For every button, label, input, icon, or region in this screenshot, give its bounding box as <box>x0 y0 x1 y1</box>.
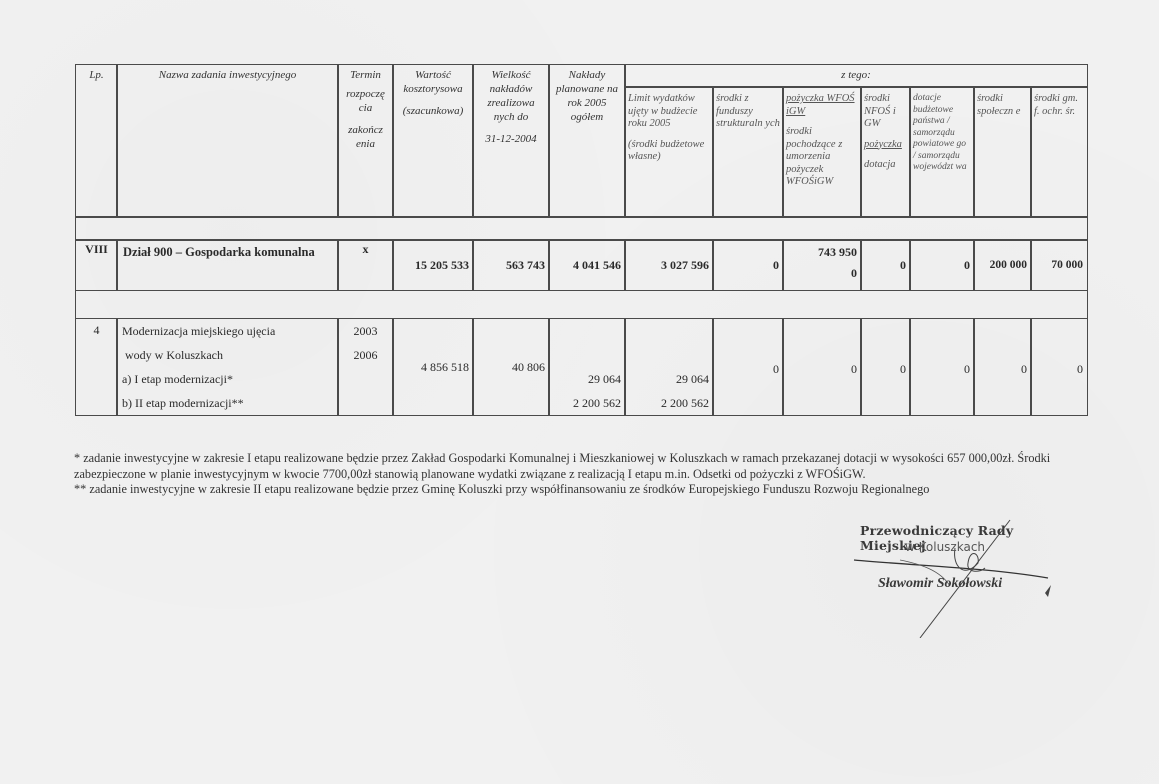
header-of-which-text: z tego: <box>841 69 871 81</box>
task-name-line-2: wody w Koluszkach <box>122 343 333 367</box>
section-realized: 563 743 <box>472 239 550 291</box>
footnote-2: ** zadanie inwestycyjne w zakresie II et… <box>74 482 1104 498</box>
task-term-start: 2003 <box>338 319 393 343</box>
header-planned-title: Nakłady planowane na rok 2005 ogółem <box>553 68 621 124</box>
task-limit: 29 064 2 200 562 <box>624 318 714 416</box>
header-of-which: z tego: <box>624 64 1088 88</box>
task-stage-2: b) II etap modernizacji** <box>122 391 333 415</box>
header-realized-date: 31-12-2004 <box>477 132 545 146</box>
stamp-city: w Koluszkach <box>905 540 985 554</box>
spacer-row-2 <box>75 290 1088 319</box>
task-wfos: 0 <box>782 318 862 416</box>
header-term: Termin rozpoczę cia zakończ enia <box>337 64 394 218</box>
header-term-start: rozpoczę cia <box>342 87 389 115</box>
section-nfos: 0 <box>860 239 911 291</box>
header-nfos-grant: dotacja <box>864 159 907 172</box>
header-social-text: środki społeczn e <box>977 93 1028 118</box>
header-nfos-loan: pożyczka <box>864 139 907 152</box>
header-name-text: Nazwa zadania inwestycyjnego <box>159 69 297 81</box>
header-state-grants: dotacje budżetowe państwa / samorządu po… <box>909 86 975 218</box>
task-name-line-1: Modernizacja miejskiego ujęcia <box>122 319 333 343</box>
task-limit-stage-1: 29 064 <box>629 367 709 391</box>
section-wfos-remission: 0 <box>787 263 857 284</box>
task-state: 0 <box>909 318 975 416</box>
header-limit-title: Limit wydatków ujęty w budżecie roku 200… <box>628 93 710 131</box>
task-estimated-value: 4 856 518 <box>392 318 474 416</box>
header-wfos-loan: pożyczka WFOŚ iGW <box>786 93 858 118</box>
task-limit-stage-2: 2 200 562 <box>629 391 709 415</box>
section-name: Dział 900 – Gospodarka komunalna <box>116 239 339 291</box>
header-planned: Nakłady planowane na rok 2005 ogółem <box>548 64 626 218</box>
task-structural: 0 <box>712 318 784 416</box>
section-social: 200 000 <box>973 239 1032 291</box>
task-social: 0 <box>973 318 1032 416</box>
footnote-1: * zadanie inwestycyjne w zakresie I etap… <box>74 451 1104 482</box>
header-state-text: dotacje budżetowe państwa / samorządu po… <box>913 93 971 174</box>
section-structural: 0 <box>712 239 784 291</box>
header-wfos-remission: środki pochodzące z umorzenia pożyczek W… <box>786 126 858 189</box>
footnotes: * zadanie inwestycyjne w zakresie I etap… <box>74 451 1104 498</box>
section-term: x <box>337 239 394 291</box>
header-lp-text: Lp. <box>89 69 103 81</box>
spacer-row <box>75 216 1088 241</box>
header-limit-note: (środki budżetowe własne) <box>628 139 710 164</box>
header-estimated-title: Wartość kosztorysowa <box>397 68 469 96</box>
header-nfos-title: środki NFOŚ i GW <box>864 93 907 131</box>
header-wfos: pożyczka WFOŚ iGW środki pochodzące z um… <box>782 86 862 218</box>
task-planned-stage-1: 29 064 <box>553 367 621 391</box>
task-planned: 29 064 2 200 562 <box>548 318 626 416</box>
section-limit: 3 027 596 <box>624 239 714 291</box>
header-structural-text: środki z funduszy strukturaln ych <box>716 93 780 131</box>
task-name: Modernizacja miejskiego ujęcia wody w Ko… <box>116 318 339 416</box>
header-lp: Lp. <box>75 64 118 218</box>
task-planned-stage-2: 2 200 562 <box>553 391 621 415</box>
task-term-end: 2006 <box>338 343 393 367</box>
header-nfos: środki NFOŚ i GW pożyczka dotacja <box>860 86 911 218</box>
header-env-text: środki gm. f. ochr. śr. <box>1034 93 1084 118</box>
task-env: 0 <box>1030 318 1088 416</box>
header-social: środki społeczn e <box>973 86 1032 218</box>
section-lp: VIII <box>75 239 118 291</box>
header-limit: Limit wydatków ujęty w budżecie roku 200… <box>624 86 714 218</box>
section-estimated-value: 15 205 533 <box>392 239 474 291</box>
signature-stamp: Przewodniczący Rady Miejskiej w Koluszka… <box>840 518 1070 638</box>
header-estimated-value: Wartość kosztorysowa (szacunkowa) <box>392 64 474 218</box>
header-realized-title: Wielkość nakładów zrealizowa nych do <box>477 68 545 124</box>
section-state: 0 <box>909 239 975 291</box>
section-planned: 4 041 546 <box>548 239 626 291</box>
task-stage-1: a) I etap modernizacji* <box>122 367 333 391</box>
stamp-name: Sławomir Sokołowski <box>878 576 1002 592</box>
task-realized: 40 806 <box>472 318 550 416</box>
section-wfos-loan: 743 950 <box>787 242 857 263</box>
header-term-title: Termin <box>342 68 389 82</box>
section-wfos: 743 950 0 <box>782 239 862 291</box>
section-env: 70 000 <box>1030 239 1088 291</box>
header-structural: środki z funduszy strukturaln ych <box>712 86 784 218</box>
header-env-fund: środki gm. f. ochr. śr. <box>1030 86 1088 218</box>
header-estimated-note: (szacunkowa) <box>397 104 469 118</box>
task-term: 2003 2006 <box>337 318 394 416</box>
task-nfos: 0 <box>860 318 911 416</box>
header-name: Nazwa zadania inwestycyjnego <box>116 64 339 218</box>
header-realized: Wielkość nakładów zrealizowa nych do 31-… <box>472 64 550 218</box>
task-lp: 4 <box>75 318 118 416</box>
header-term-end: zakończ enia <box>342 123 389 151</box>
